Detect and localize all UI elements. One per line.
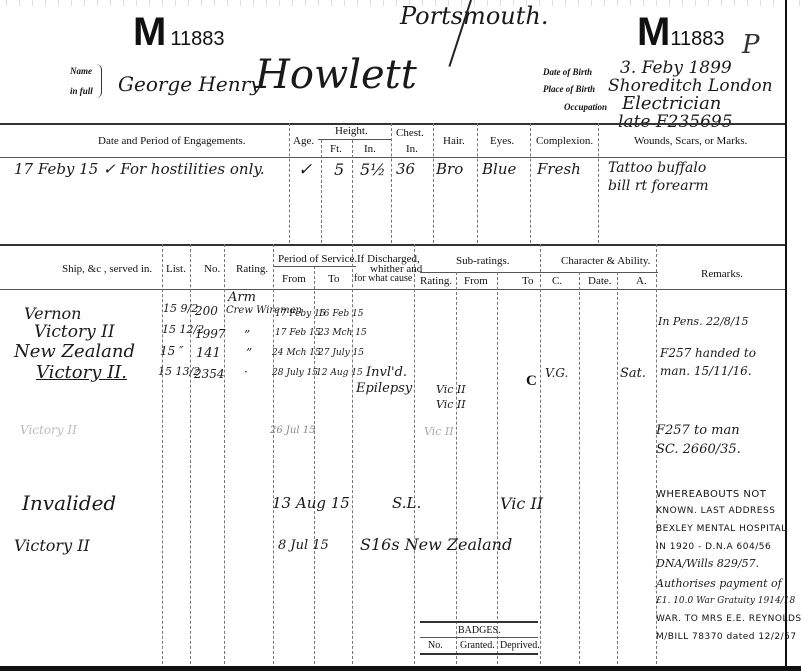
engagement-complexion: Fresh [537, 160, 581, 178]
hdr-remarks: Remarks. [701, 268, 743, 280]
hdr-subratings: Sub-ratings. [456, 255, 509, 267]
col-sep [433, 123, 434, 243]
invalided-label: Invalided [22, 491, 116, 515]
last-ship: Victory II [14, 536, 90, 555]
col-sep [314, 266, 315, 664]
badges-mid-rule [420, 637, 538, 638]
hdr-chest-in: In. [406, 143, 418, 155]
hdr-age: Age. [293, 135, 314, 147]
occupation-label: Occupation [564, 102, 607, 112]
remarks-1: In Pens. 22/8/15 [658, 315, 748, 328]
engagement-top-rule [0, 123, 785, 125]
right-edge-line [785, 0, 787, 671]
engagement-ft: 5 [334, 160, 344, 179]
engagement-header-rule [0, 157, 785, 158]
remarks-block-9: M/BILL 78370 dated 12/2/57 [656, 632, 797, 642]
bottom-border [0, 666, 801, 671]
remarks-2: F257 handed to [660, 346, 756, 360]
remarks-block-1: WHEREABOUTS NOT [656, 489, 766, 500]
faint-row-ship: Victory II [20, 423, 77, 437]
engagement-in: 5½ [360, 160, 386, 179]
to-row-1: 16 Feb 15 [318, 309, 363, 319]
to-row-2: 23 Mch 15 [318, 328, 367, 338]
occupation-note: late F235695 [618, 112, 733, 132]
col-sep [414, 244, 415, 664]
subrating-note-2: Vic II [436, 398, 466, 411]
engagement-age: ✓ [298, 160, 312, 180]
hdr-in: In. [364, 143, 376, 155]
badges-bottom-rule [420, 653, 538, 655]
invalided-cause: S.L. [392, 494, 421, 512]
from-row-2: 17 Feb 15 [275, 328, 320, 338]
hdr-to: To [328, 273, 339, 285]
badges-top-rule [420, 621, 538, 623]
badges-title: BADGES. [458, 625, 501, 636]
name-label: Name [70, 66, 92, 76]
remarks-block-5: DNA/Wills 829/57. [656, 557, 759, 570]
remarks-block-3: BEXLEY MENTAL HOSPITAL [656, 524, 787, 534]
engagement-wounds-2: bill rt forearm [608, 178, 709, 194]
from-row-3: 24 Mch 15 [272, 348, 321, 358]
hdr-c: C. [552, 275, 562, 287]
col-sep [456, 272, 457, 664]
list-row-1: 15 9/2 [163, 302, 198, 315]
engagement-chest: 36 [396, 160, 415, 178]
port-division: Portsmouth. [400, 2, 548, 30]
remarks-4: F257 to man [656, 423, 740, 438]
remarks-block-6: Authorises payment of [656, 577, 782, 590]
remarks-block-7: £1. 10.0 War Gratuity 1914/18 [656, 596, 795, 606]
last-from: 8 Jul 15 [278, 538, 329, 553]
faint-row-from: 26 Jul 15 [270, 425, 315, 436]
remarks-5: SC. 2660/35. [656, 442, 741, 457]
pob-label: Place of Birth [543, 84, 595, 94]
last-note: S16s New Zealand [360, 535, 512, 554]
hdr-a: A. [636, 275, 647, 287]
hdr-eyes: Eyes. [490, 135, 514, 147]
to-row-4: 12 Aug 15 [316, 368, 363, 378]
hdr-discharged-3: for what cause [354, 273, 412, 284]
invalided-date: 13 Aug 15 [272, 494, 350, 512]
dob-value: 3. Feby 1899 [620, 58, 732, 78]
discharge-cause-1: Invl'd. [366, 365, 407, 380]
col-sep [579, 272, 580, 664]
sub-c-mark: C [526, 373, 537, 390]
official-number-right: M11883 [637, 12, 724, 52]
no-row-4: 2354 [194, 367, 225, 381]
badges-granted: Granted. [460, 640, 495, 651]
name-brace [96, 64, 102, 98]
in-full-label: in full [70, 86, 93, 96]
discharge-cause-2: Epilepsy [356, 381, 412, 396]
no-row-2: 1997 [195, 327, 226, 341]
rating-row-2: ” [244, 328, 250, 342]
hdr-date-period: Date and Period of Engagements. [98, 135, 246, 147]
col-sep [289, 123, 290, 243]
col-sep [598, 123, 599, 243]
col-sep [617, 272, 618, 664]
hdr-date: Date. [588, 275, 612, 287]
badges-deprived: Deprived. [500, 640, 540, 651]
no-row-1: 200 [195, 304, 218, 318]
surname: Howlett [255, 52, 417, 98]
hdr-no: No. [204, 263, 220, 275]
hdr-sub-to: To [522, 275, 533, 287]
ship-row-3: New Zealand [14, 341, 135, 362]
subrating-note-1: Vic II [436, 383, 466, 396]
col-sep [530, 123, 531, 243]
hdr-from: From [282, 273, 306, 285]
rating-row-3: ” [246, 346, 252, 360]
invalided-sub: Vic II [500, 494, 543, 513]
hdr-wounds: Wounds, Scars, or Marks. [634, 135, 747, 147]
ship-row-1: Vernon [24, 304, 81, 323]
rating-row-4: · [244, 365, 248, 379]
col-sep [224, 244, 225, 664]
badges-no: No. [428, 640, 443, 651]
hdr-chest: Chest. [396, 127, 424, 139]
faint-row-sub: Vic II [424, 425, 454, 438]
hdr-height: Height. [335, 125, 368, 137]
from-row-4: 28 July 15 [272, 368, 318, 378]
hdr-period: Period of Service. [278, 253, 357, 265]
remarks-block-8: WAR. TO MRS E.E. REYNOLDS [656, 614, 801, 624]
hdr-sub-rating: Rating. [420, 275, 452, 287]
service-top-rule [0, 244, 785, 246]
col-sep [497, 272, 498, 664]
engagement-wounds-1: Tattoo buffalo [608, 160, 706, 176]
official-number-left: M11883 [133, 12, 224, 52]
remarks-3: man. 15/11/16. [660, 364, 752, 378]
hdr-hair: Hair. [443, 135, 465, 147]
dob-label: Date of Birth [543, 67, 592, 77]
rating-header-note: Arm [228, 290, 256, 305]
col-sep [352, 140, 353, 243]
hdr-complexion: Complexion. [536, 135, 593, 147]
remarks-block-2: KNOWN. LAST ADDRESS [656, 506, 775, 516]
occupation-value: Electrician [622, 93, 721, 114]
col-sep [321, 140, 322, 243]
hdr-character: Character & Ability. [561, 255, 650, 267]
col-sep [540, 244, 541, 664]
hdr-rating: Rating. [236, 263, 268, 275]
height-sub-rule [318, 139, 391, 140]
col-sep [391, 123, 392, 243]
engagement-hair: Bro [436, 160, 463, 178]
col-sep [477, 123, 478, 243]
engagement-eyes: Blue [482, 160, 516, 178]
service-header-rule [0, 289, 785, 290]
character-a: Sat. [620, 366, 646, 381]
hdr-sub-from: From [464, 275, 488, 287]
no-row-3: 141 [196, 346, 221, 361]
list-row-3: 15 ″ [160, 344, 184, 358]
hdr-list: List. [166, 263, 186, 275]
ship-row-2: Victory II [34, 322, 115, 342]
character-c: V.G. [545, 366, 568, 380]
engagement-date-period: 17 Feby 15 ✓ For hostilities only. [14, 160, 265, 178]
ship-row-4: Victory II. [36, 362, 127, 383]
corner-mark: P [742, 30, 760, 60]
first-names: George Henry [118, 72, 261, 96]
col-sep [352, 244, 353, 664]
to-row-3: 27 July 15 [318, 348, 364, 358]
hdr-ship: Ship, &c , served in. [62, 263, 152, 275]
hdr-ft: Ft. [330, 143, 342, 155]
remarks-block-4: IN 1920 - D.N.A 604/56 [656, 542, 771, 552]
